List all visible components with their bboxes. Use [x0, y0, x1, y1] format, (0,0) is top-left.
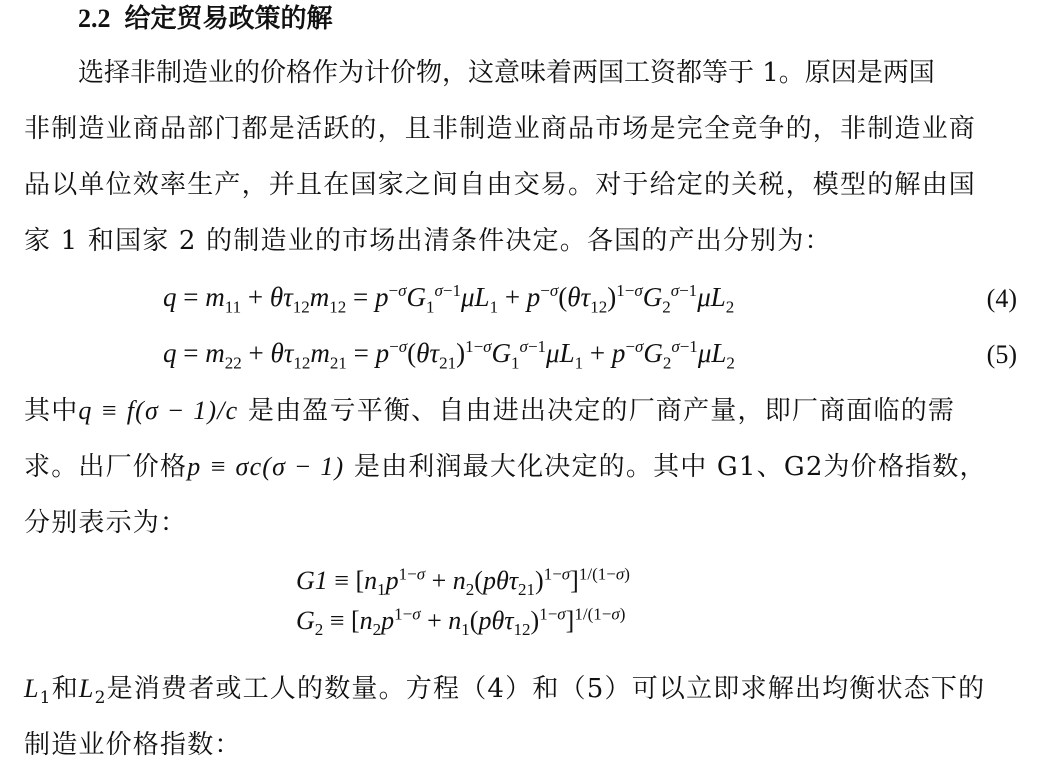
- equation-number: (4): [987, 284, 1017, 314]
- paragraph-line: 其中q ≡ f(σ − 1)/c 是由盈亏平衡、自由进出决定的厂商产量，即厂商面…: [24, 394, 955, 428]
- equation-4: q = m11 + θτ12m12 = p−σG1σ−1μL1 + p−σ(θτ…: [163, 282, 734, 313]
- paragraph-line: 非制造业商品部门都是活跃的，且非制造业商品市场是完全竞争的，非制造业商: [24, 112, 976, 146]
- text: 和: [52, 674, 79, 704]
- paragraph-line: 家 1 和国家 2 的制造业的市场出清条件决定。各国的产出分别为：: [24, 224, 832, 258]
- paragraph-line: 制造业价格指数：: [24, 728, 242, 762]
- paragraph-line: 分别表示为：: [24, 506, 187, 540]
- equation-g2: G2 ≡ [n2p1−σ + n1(pθτ12)1−σ]1/(1−σ): [296, 606, 625, 636]
- text: 是由盈亏平衡、自由进出决定的厂商产量，即厂商面临的需: [238, 396, 955, 426]
- text: 是消费者或工人的数量。方程（4）和（5）可以立即求解出均衡状态下的: [107, 674, 986, 704]
- equation-g1: G1 ≡ [n1p1−σ + n2(pθτ21)1−σ]1/(1−σ): [296, 566, 630, 596]
- equation-5: q = m22 + θτ12m21 = p−σ(θτ21)1−σG1σ−1μL1…: [163, 338, 735, 369]
- section-heading: 2.2给定贸易政策的解: [78, 2, 333, 36]
- inline-math: q ≡ f(σ − 1)/c: [78, 396, 238, 425]
- paragraph-line: 品以单位效率生产，并且在国家之间自由交易。对于给定的关税，模型的解由国: [24, 168, 976, 202]
- equation-number: (5): [987, 340, 1017, 370]
- inline-math: p ≡ σc(σ − 1): [187, 452, 344, 481]
- text: 求。出厂价格: [24, 452, 187, 482]
- text: 其中: [24, 396, 78, 426]
- paragraph-line: 求。出厂价格p ≡ σc(σ − 1) 是由利润最大化决定的。其中 G1、G2为…: [24, 450, 987, 484]
- paragraph-line: L1和L2是消费者或工人的数量。方程（4）和（5）可以立即求解出均衡状态下的: [24, 672, 985, 706]
- text: 是由利润最大化决定的。其中 G1、G2为价格指数，: [344, 452, 986, 482]
- paragraph-line: 选择非制造业的价格作为计价物，这意味着两国工资都等于 1。原因是两国: [78, 56, 935, 90]
- section-number: 2.2: [78, 4, 111, 33]
- section-title: 给定贸易政策的解: [125, 4, 333, 34]
